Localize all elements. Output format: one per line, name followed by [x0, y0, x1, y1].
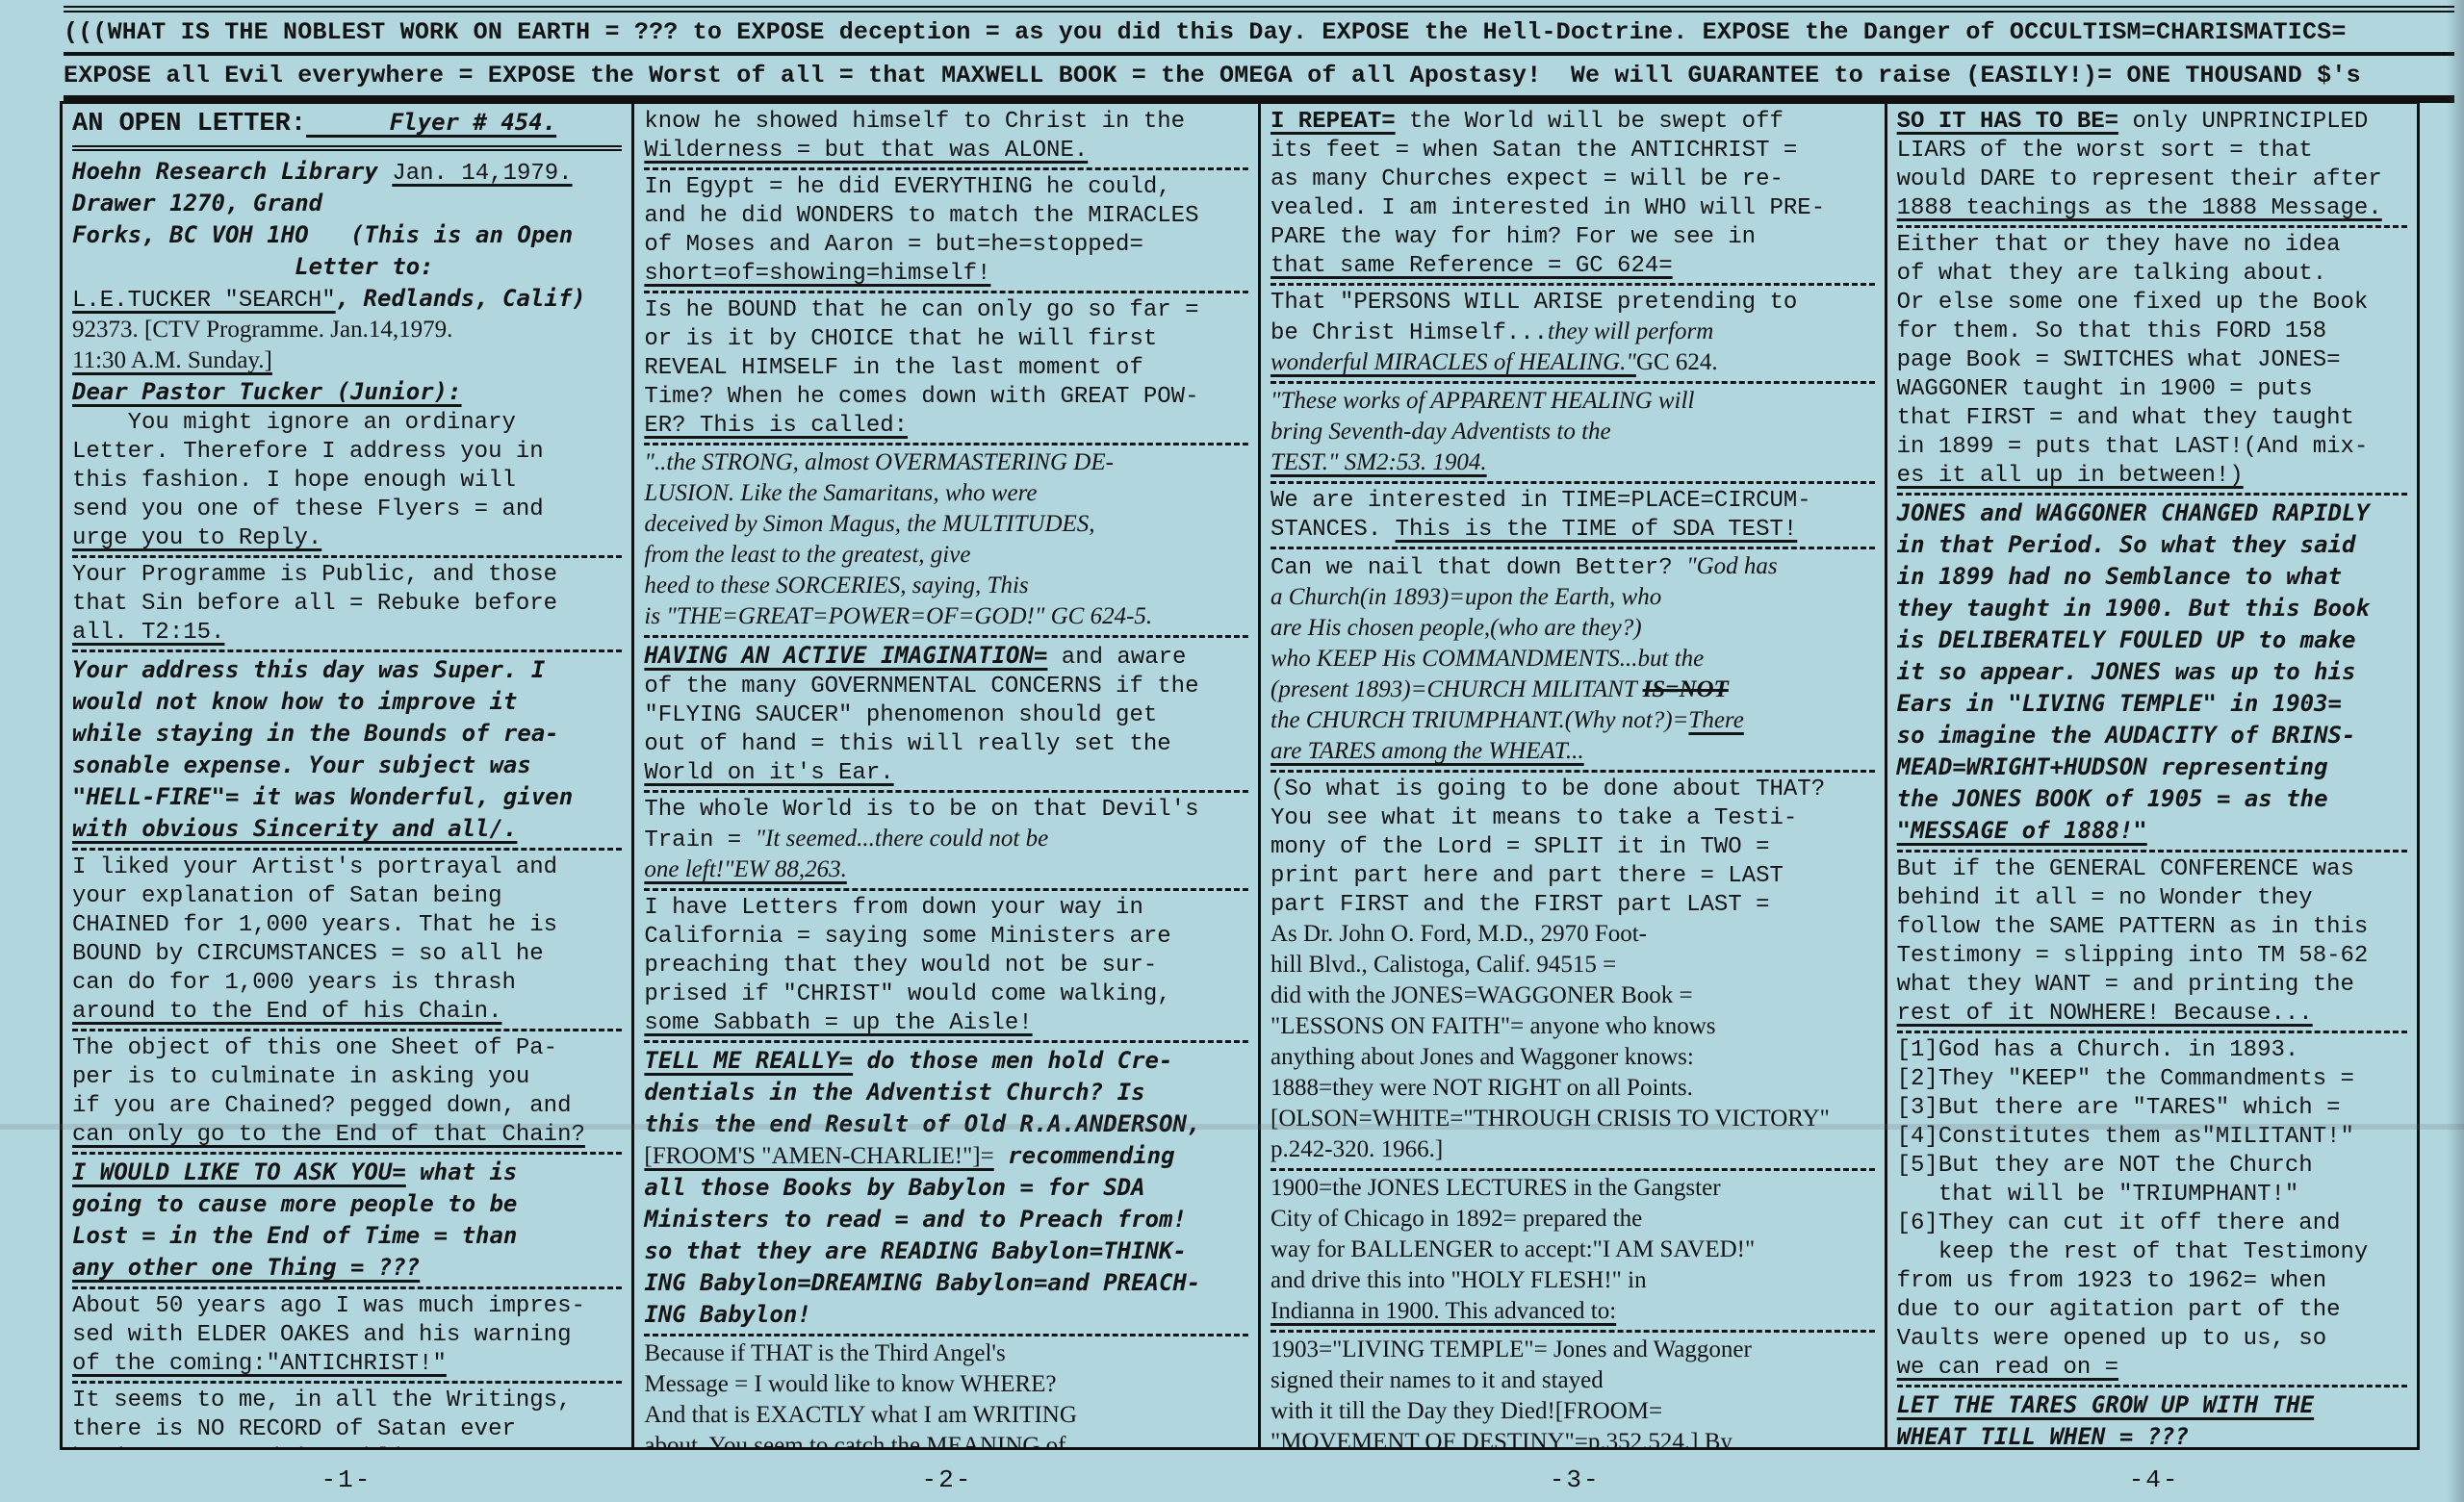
- paragraph: Because if THAT is the Third Angel's Mes…: [644, 1339, 1248, 1447]
- page-number: -4-: [1888, 1465, 2420, 1494]
- text-segment: we can read on =: [1897, 1355, 2118, 1381]
- text-segment: But if the GENERAL CONFERENCE was behind…: [1897, 856, 2369, 998]
- text-segment: urge you to Reply.: [72, 525, 321, 551]
- text-segment: AN OPEN LETTER:: [72, 110, 306, 139]
- text-segment: Your address this day was Super. I would…: [72, 656, 573, 810]
- text-segment: SO IT HAS TO BE=: [1897, 109, 2118, 135]
- text-segment: 92373. [CTV Programme. Jan.14,1979.: [72, 317, 452, 343]
- text-segment: Dear Pastor Tucker (Junior):: [72, 378, 462, 405]
- text-segment: IS=NOT: [1643, 676, 1729, 702]
- paragraph: TELL ME REALLY= do those men hold Cre- d…: [644, 1046, 1248, 1337]
- text-segment: 1900=the JONES LECTURES in the Gangster …: [1270, 1175, 1755, 1293]
- text-segment: short=of=showing=himself!: [644, 261, 990, 287]
- text-segment: This is the TIME of SDA TEST!: [1396, 517, 1798, 543]
- text-segment: that same Reference = GC 624=: [1270, 253, 1673, 279]
- text-segment: Flyer # 454.: [306, 109, 556, 136]
- paragraph: It seems to me, in all the Writings, the…: [72, 1387, 622, 1447]
- text-segment: Hoehn Research Library: [72, 158, 392, 185]
- page-number: -2-: [633, 1465, 1261, 1494]
- paragraph: Either that or they have no idea of what…: [1897, 231, 2407, 496]
- text-segment: I REPEAT=: [1270, 109, 1396, 135]
- text-segment: You might ignore an ordinary Letter. The…: [72, 410, 544, 522]
- letter-title: AN OPEN LETTER: Flyer # 454.: [72, 108, 622, 151]
- banner-line-1: (((WHAT IS THE NOBLEST WORK ON EARTH = ?…: [64, 13, 2454, 56]
- letter-columns: AN OPEN LETTER: Flyer # 454.Hoehn Resear…: [60, 101, 2420, 1450]
- text-segment: they will perform: [1548, 318, 1713, 344]
- text-segment: the CHURCH TRIUMPHANT.(Why not?)=: [1270, 707, 1688, 733]
- text-segment: World on it's Ear.: [644, 760, 893, 786]
- text-segment: Because if THAT is the Third Angel's Mes…: [644, 1340, 1077, 1447]
- banner-line-2: EXPOSE all Evil everywhere = EXPOSE the …: [64, 56, 2454, 95]
- text-segment: [FROOM'S "AMEN-CHARLIE!"]=: [644, 1143, 993, 1169]
- page-number: -3-: [1261, 1465, 1888, 1494]
- paragraph: In Egypt = he did EVERYTHING he could, a…: [644, 173, 1248, 293]
- text-segment: Your Programme is Public, and those that…: [72, 562, 557, 617]
- text-segment: all. T2:15.: [72, 620, 224, 646]
- text-segment: I have Letters from down your way in Cal…: [644, 895, 1170, 1007]
- text-segment: About 50 years ago I was much impres- se…: [72, 1293, 585, 1348]
- column-2: know he showed himself to Christ in the …: [634, 104, 1261, 1447]
- text-segment: ER? This is called:: [644, 413, 908, 439]
- text-segment: es it all up in between!): [1897, 463, 2244, 489]
- text-segment: LET THE TARES GROW UP WITH THE WHEAT TIL…: [1897, 1391, 2314, 1447]
- paper-crease: [0, 1124, 2464, 1130]
- text-segment: 1888 teachings as the 1888 Message.: [1897, 195, 2382, 221]
- paragraph: 1900=the JONES LECTURES in the Gangster …: [1270, 1174, 1875, 1333]
- paragraph: I REPEAT= the World will be swept off it…: [1270, 108, 1875, 286]
- text-segment: Either that or they have no idea of what…: [1897, 232, 2369, 460]
- paragraph: I liked your Artist's portrayal and your…: [72, 853, 622, 1031]
- paragraph: You might ignore an ordinary Letter. The…: [72, 409, 622, 558]
- paragraph: JONES and WAGGONER CHANGED RAPIDLY in th…: [1897, 498, 2407, 853]
- text-segment: some Sabbath = up the Aisle!: [644, 1010, 1032, 1036]
- text-segment: recommending all those Books by Babylon …: [644, 1142, 1200, 1328]
- text-segment: [1]God has a Church. in 1893. [2]They "K…: [1897, 1037, 2369, 1352]
- paragraph: Your Programme is Public, and those that…: [72, 561, 622, 652]
- text-segment: I WOULD LIKE TO ASK YOU=: [72, 1158, 406, 1185]
- paragraph: 1903="LIVING TEMPLE"= Jones and Waggoner…: [1270, 1336, 1875, 1447]
- paragraph: SO IT HAS TO BE= only UNPRINCIPLED LIARS…: [1897, 108, 2407, 228]
- column-1: AN OPEN LETTER: Flyer # 454.Hoehn Resear…: [63, 104, 634, 1447]
- salutation: Dear Pastor Tucker (Junior):: [72, 377, 622, 409]
- text-segment: It seems to me, in all the Writings, the…: [72, 1387, 571, 1447]
- text-segment: Can we nail that down Better?: [1270, 555, 1686, 581]
- text-segment: "..the STRONG, almost OVERMASTERING DE- …: [644, 449, 1152, 629]
- text-segment: GC 624.: [1636, 349, 1718, 375]
- paragraph: Your address this day was Super. I would…: [72, 655, 622, 851]
- text-segment: In Egypt = he did EVERYTHING he could, a…: [644, 174, 1198, 258]
- paragraph: know he showed himself to Christ in the …: [644, 108, 1248, 170]
- paragraph: [1]God has a Church. in 1893. [2]They "K…: [1897, 1036, 2407, 1387]
- text-segment: "These works of APPARENT HEALING will br…: [1270, 388, 1694, 445]
- letterhead: Hoehn Research Library Jan. 14,1979. Dra…: [72, 157, 622, 377]
- paragraph: LET THE TARES GROW UP WITH THE WHEAT TIL…: [1897, 1390, 2407, 1447]
- text-segment: rest of it NOWHERE! Because...: [1897, 1001, 2313, 1027]
- text-segment: JONES and WAGGONER CHANGED RAPIDLY in th…: [1897, 499, 2370, 812]
- text-segment: wonderful MIRACLES of HEALING.": [1270, 349, 1636, 375]
- text-segment: Wilderness = but that was ALONE.: [644, 138, 1088, 164]
- text-segment: Indianna in 1900. This advanced to:: [1270, 1298, 1616, 1324]
- paragraph: I WOULD LIKE TO ASK YOU= what is going t…: [72, 1158, 622, 1289]
- text-segment: any other one Thing = ???: [72, 1254, 420, 1281]
- paragraph: We are interested in TIME=PLACE=CIRCUM- …: [1270, 487, 1875, 549]
- banner: (((WHAT IS THE NOBLEST WORK ON EARTH = ?…: [64, 6, 2454, 103]
- text-segment: HAVING AN ACTIVE IMAGINATION=: [644, 642, 1047, 669]
- paragraph: "These works of APPARENT HEALING will br…: [1270, 387, 1875, 484]
- paragraph: About 50 years ago I was much impres- se…: [72, 1292, 622, 1384]
- paragraph: The object of this one Sheet of Pa- per …: [72, 1034, 622, 1155]
- text-segment: Is he BOUND that he can only go so far =…: [644, 297, 1198, 410]
- paragraph: Is he BOUND that he can only go so far =…: [644, 296, 1248, 446]
- text-segment: Jan. 14,1979.: [392, 161, 572, 187]
- text-segment: "It seemed...there could not be: [756, 826, 1049, 852]
- text-segment: with obvious Sincerity and all/.: [72, 815, 517, 842]
- text-segment: know he showed himself to Christ in the: [644, 109, 1185, 135]
- paragraph: That "PERSONS WILL ARISE pretending to b…: [1270, 289, 1875, 384]
- paragraph: Can we nail that down Better? "God has a…: [1270, 552, 1875, 773]
- page-footers: -1--2--3--4-: [60, 1465, 2420, 1494]
- text-segment: That "PERSONS WILL ARISE pretending to b…: [1270, 290, 1797, 346]
- scanned-flyer-page: (((WHAT IS THE NOBLEST WORK ON EARTH = ?…: [0, 0, 2464, 1502]
- text-segment: 1903="LIVING TEMPLE"= Jones and Waggoner…: [1270, 1337, 1752, 1447]
- column-3: I REPEAT= the World will be swept off it…: [1261, 104, 1887, 1447]
- text-segment: of the coming:"ANTICHRIST!": [72, 1351, 447, 1377]
- text-segment: , Redlands, Calif): [336, 285, 586, 312]
- paragraph: I have Letters from down your way in Cal…: [644, 894, 1248, 1043]
- paragraph: The whole World is to be on that Devil's…: [644, 796, 1248, 891]
- text-segment: one left!"EW 88,263.: [644, 856, 846, 882]
- text-segment: "MESSAGE of 1888!": [1897, 817, 2147, 844]
- column-4: SO IT HAS TO BE= only UNPRINCIPLED LIARS…: [1887, 104, 2417, 1447]
- paragraph: But if the GENERAL CONFERENCE was behind…: [1897, 855, 2407, 1033]
- paragraph: "..the STRONG, almost OVERMASTERING DE- …: [644, 448, 1248, 638]
- text-segment: 11:30 A.M. Sunday.]: [72, 347, 272, 373]
- text-segment: around to the End of his Chain.: [72, 999, 501, 1025]
- text-segment: (So what is going to be done about THAT?…: [1270, 776, 1825, 918]
- text-segment: Drawer 1270, Grand Forks, BC VOH 1HO (Th…: [72, 190, 573, 280]
- paragraph: HAVING AN ACTIVE IMAGINATION= and aware …: [644, 641, 1248, 793]
- paragraph: (So what is going to be done about THAT?…: [1270, 776, 1875, 1171]
- text-segment: TELL ME REALLY=: [644, 1047, 853, 1074]
- text-segment: TEST." SM2:53. 1904.: [1270, 449, 1487, 475]
- page-number: -1-: [60, 1465, 633, 1494]
- text-segment: L.E.TUCKER "SEARCH": [72, 288, 336, 314]
- text-segment: I liked your Artist's portrayal and your…: [72, 854, 557, 996]
- text-segment: The object of this one Sheet of Pa- per …: [72, 1035, 571, 1119]
